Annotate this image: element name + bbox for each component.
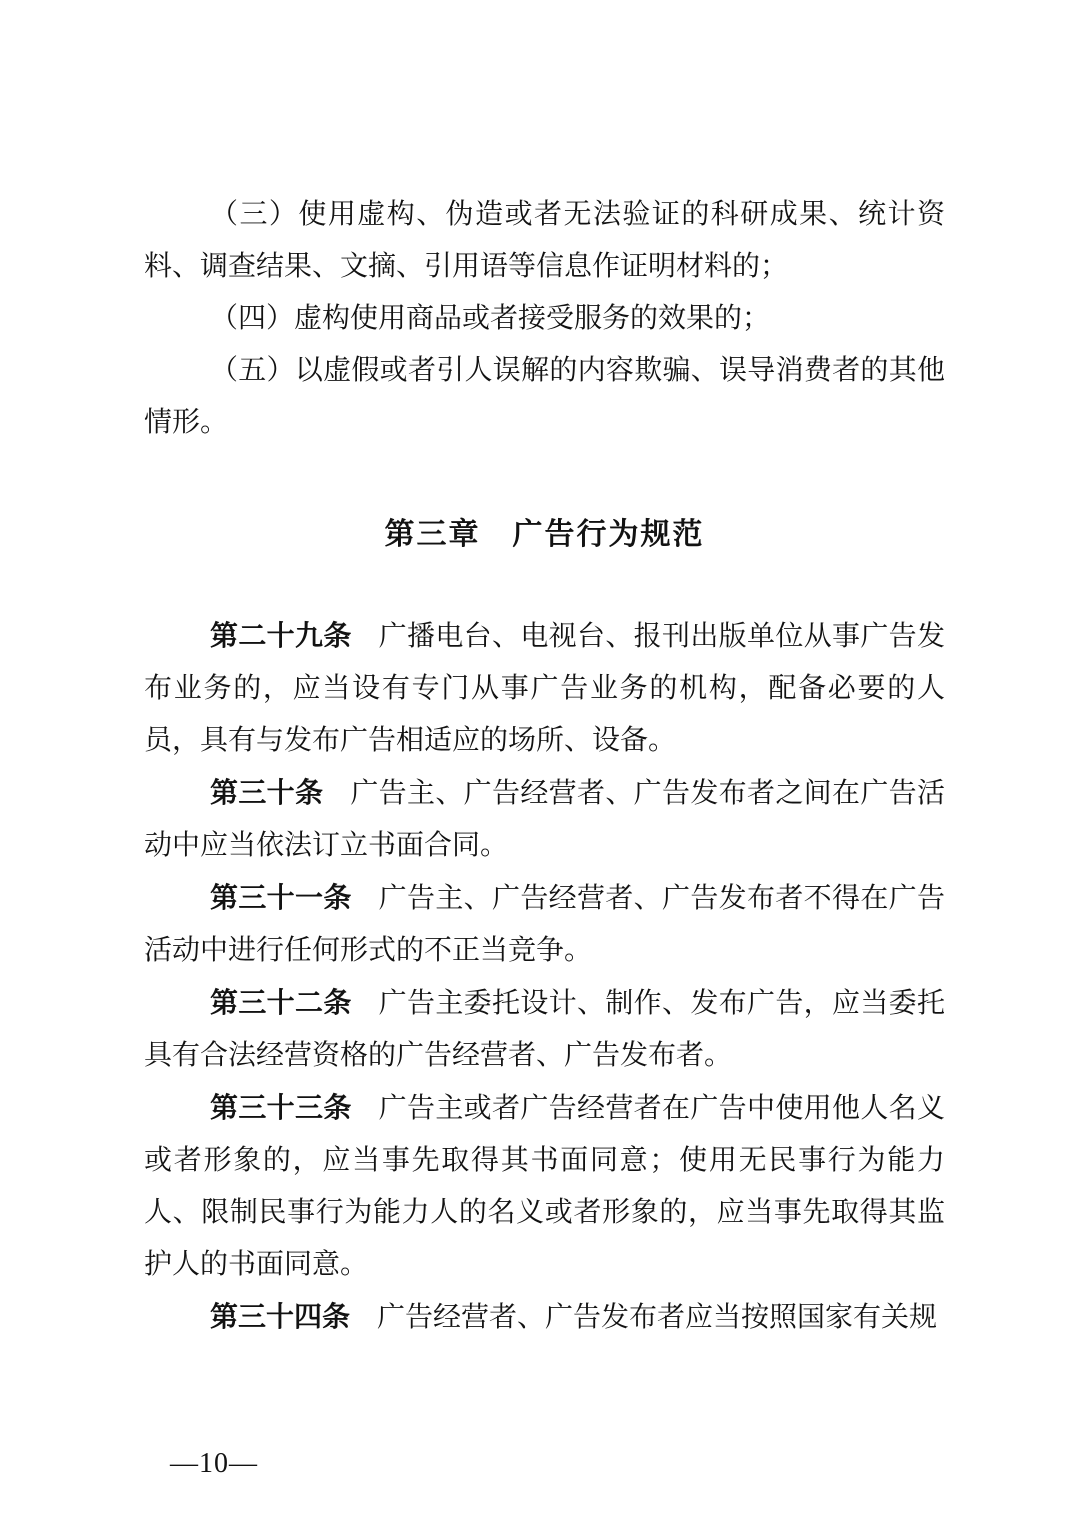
article-text: 广告经营者、广告发布者应当按照国家有关规 bbox=[377, 1302, 937, 1333]
intro-item-3: （三）使用虚构、伪造或者无法验证的科研成果、统计资料、调查结果、文摘、引用语等信… bbox=[144, 189, 945, 293]
article-number: 第三十二条 bbox=[210, 987, 379, 1018]
article-number: 第二十九条 bbox=[210, 620, 379, 651]
document-body: （三）使用虚构、伪造或者无法验证的科研成果、统计资料、调查结果、文摘、引用语等信… bbox=[144, 189, 945, 1344]
article-number: 第三十条 bbox=[210, 777, 350, 808]
article-paragraph: 第三十三条广告主或者广告经营者在广告中使用他人名义或者形象的，应当事先取得其书面… bbox=[144, 1082, 945, 1291]
article-paragraph: 第三十四条广告经营者、广告发布者应当按照国家有关规 bbox=[144, 1291, 945, 1344]
intro-item-4: （四）虚构使用商品或者接受服务的效果的； bbox=[144, 293, 945, 345]
article-paragraph: 第三十条广告主、广告经营者、广告发布者之间在广告活动中应当依法订立书面合同。 bbox=[144, 767, 945, 872]
chapter-heading: 第三章 广告行为规范 bbox=[144, 509, 945, 561]
page-number: —10— bbox=[170, 1446, 258, 1482]
article-number: 第三十四条 bbox=[210, 1301, 377, 1332]
intro-item-5: （五）以虚假或者引人误解的内容欺骗、误导消费者的其他情形。 bbox=[144, 345, 945, 449]
article-paragraph: 第三十二条广告主委托设计、制作、发布广告，应当委托具有合法经营资格的广告经营者、… bbox=[144, 977, 945, 1082]
document-page: （三）使用虚构、伪造或者无法验证的科研成果、统计资料、调查结果、文摘、引用语等信… bbox=[0, 0, 1074, 1520]
article-number: 第三十一条 bbox=[210, 882, 379, 913]
article-paragraph: 第二十九条广播电台、电视台、报刊出版单位从事广告发布业务的，应当设有专门从事广告… bbox=[144, 610, 945, 767]
article-paragraph: 第三十一条广告主、广告经营者、广告发布者不得在广告活动中进行任何形式的不正当竞争… bbox=[144, 872, 945, 977]
article-number: 第三十三条 bbox=[210, 1092, 379, 1123]
